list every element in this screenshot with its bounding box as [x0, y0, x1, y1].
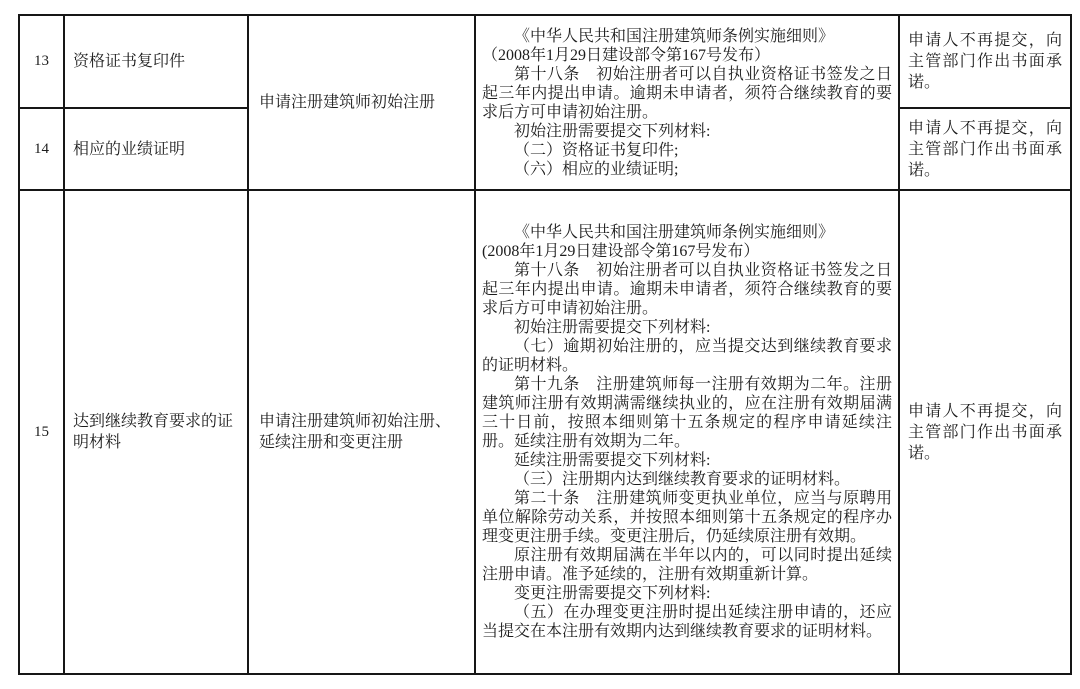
legal-paragraph: 第十八条 初始注册者可以自执业资格证书签发之日起三年内提出申请。逾期未申请者，须…: [482, 261, 892, 318]
row-15-commitment-cell: 申请人不再提交，向主管部门作出书面承诺。: [899, 190, 1071, 674]
legal-paragraph: 初始注册需要提交下列材料:: [482, 122, 892, 141]
row-14-number-cell: 14: [19, 108, 64, 190]
row-13-material-cell: 资格证书复印件: [64, 15, 248, 108]
table-row-15: 15 达到继续教育要求的证明材料 申请注册建筑师初始注册、延续注册和变更注册 《…: [19, 190, 1071, 674]
row-13-commitment-cell: 申请人不再提交，向主管部门作出书面承诺。: [899, 15, 1071, 108]
row-15-material-cell: 达到继续教育要求的证明材料: [64, 190, 248, 674]
legal-paragraph: （七）逾期初始注册的，应当提交达到继续教育要求的证明材料。: [482, 337, 892, 375]
legal-paragraph: 第二十条 注册建筑师变更执业单位，应当与原聘用单位解除劳动关系，并按照本细则第十…: [482, 489, 892, 546]
row-15-number-cell: 15: [19, 190, 64, 674]
row-14-material-cell: 相应的业绩证明: [64, 108, 248, 190]
legal-paragraph: 延续注册需要提交下列材料:: [482, 451, 892, 470]
regulation-issue-info: （2008年1月29日建设部令第167号发布）: [482, 46, 892, 65]
row-14-commitment-cell: 申请人不再提交，向主管部门作出书面承诺。: [899, 108, 1071, 190]
legal-paragraph: （三）注册期内达到继续教育要求的证明材料。: [482, 470, 892, 489]
regulation-issue-info: (2008年1月29日建设部令第167号发布）: [482, 242, 892, 261]
legal-paragraph: 第十八条 初始注册者可以自执业资格证书签发之日起三年内提出申请。逾期未申请者，须…: [482, 65, 892, 122]
legal-paragraph: 第十九条 注册建筑师每一注册有效期为二年。注册建筑师注册有效期满需继续执业的，应…: [482, 375, 892, 451]
application-type-cell-13-14: 申请注册建筑师初始注册: [248, 15, 475, 190]
document-page: 13 资格证书复印件 申请注册建筑师初始注册 《中华人民共和国注册建筑师条例实施…: [0, 0, 1080, 689]
row-13-number-cell: 13: [19, 15, 64, 108]
table-row-13: 13 资格证书复印件 申请注册建筑师初始注册 《中华人民共和国注册建筑师条例实施…: [19, 15, 1071, 108]
legal-paragraph: 原注册有效期届满在半年以内的，可以同时提出延续注册申请。准予延续的，注册有效期重…: [482, 546, 892, 584]
legal-paragraph: 变更注册需要提交下列材料:: [482, 584, 892, 603]
legal-paragraph: （二）资格证书复印件;: [482, 141, 892, 160]
legal-paragraph: （五）在办理变更注册时提出延续注册申请的，还应当提交在本注册有效期内达到继续教育…: [482, 603, 892, 641]
legal-basis-cell-13-14: 《中华人民共和国注册建筑师条例实施细则》 （2008年1月29日建设部令第167…: [475, 15, 899, 190]
application-type-cell-15: 申请注册建筑师初始注册、延续注册和变更注册: [248, 190, 475, 674]
legal-paragraph: （六）相应的业绩证明;: [482, 160, 892, 179]
regulation-title: 《中华人民共和国注册建筑师条例实施细则》: [482, 27, 892, 46]
regulation-title: 《中华人民共和国注册建筑师条例实施细则》: [482, 223, 892, 242]
materials-table: 13 资格证书复印件 申请注册建筑师初始注册 《中华人民共和国注册建筑师条例实施…: [18, 14, 1072, 675]
legal-basis-cell-15: 《中华人民共和国注册建筑师条例实施细则》 (2008年1月29日建设部令第167…: [475, 190, 899, 674]
legal-paragraph: 初始注册需要提交下列材料:: [482, 318, 892, 337]
